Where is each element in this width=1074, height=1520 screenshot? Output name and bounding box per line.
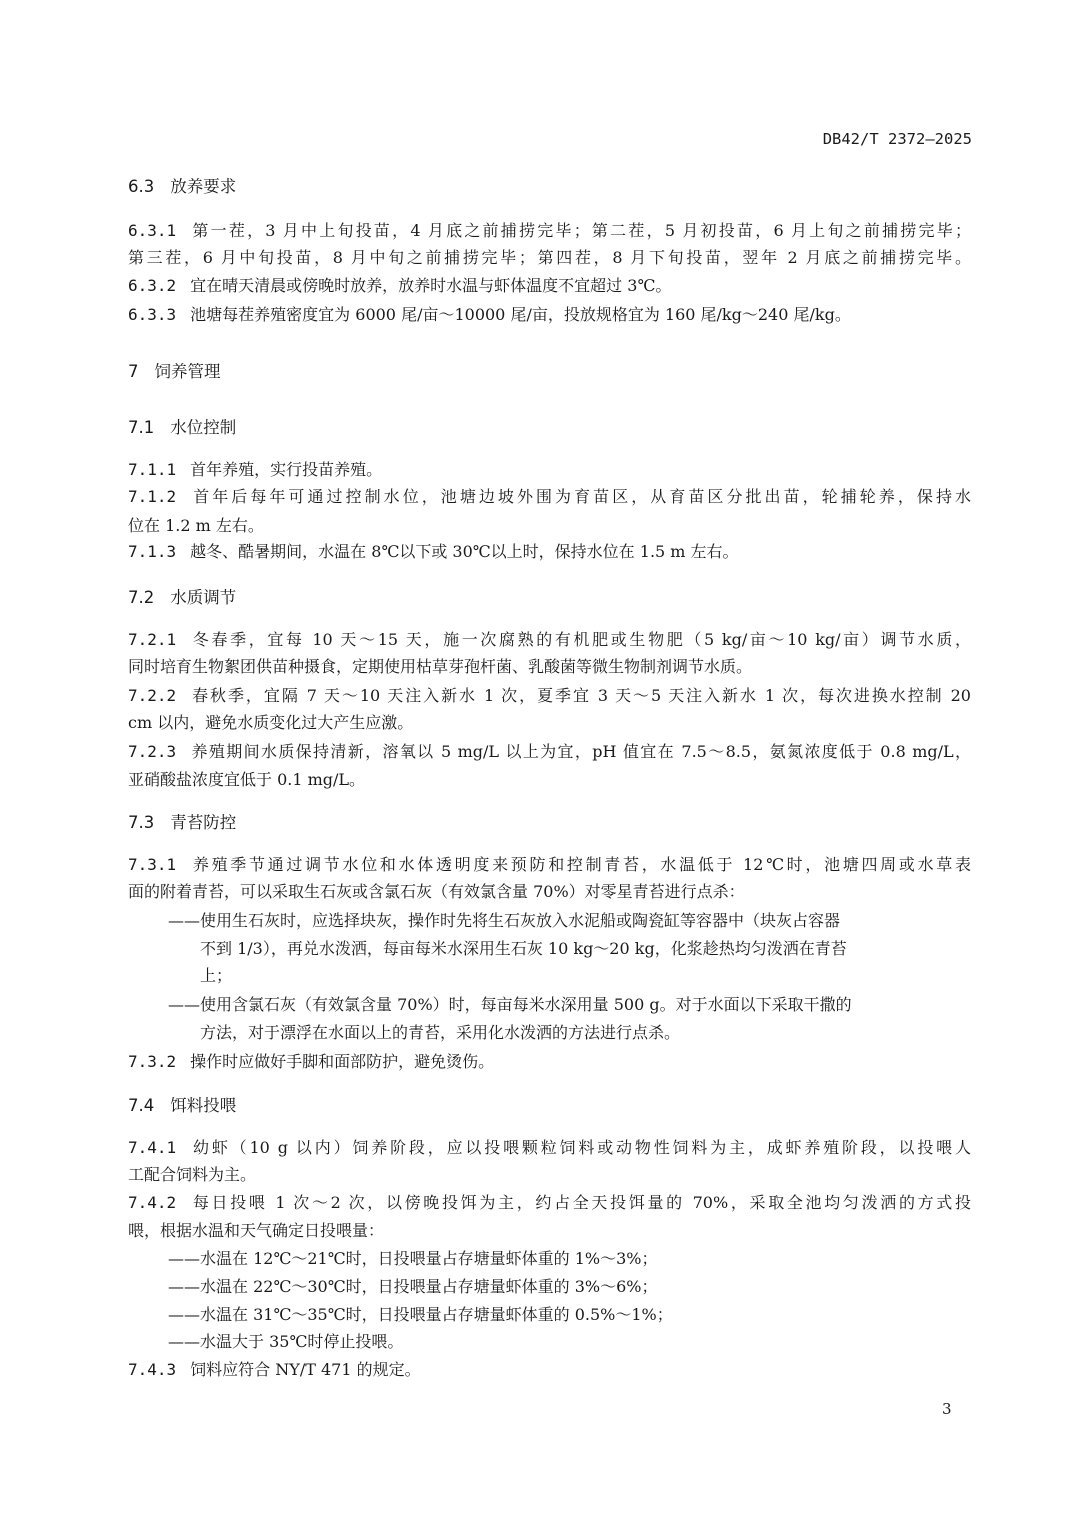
clause-text-cont: 亚硝酸盐浓度宜低于 0.1 mg/L。 [128,770,365,790]
clause-number: 7.1.1 [128,460,176,479]
clause-number: 7.3.1 [128,855,176,874]
bullet-item-cont: 不到 1/3），再兑水泼洒，每亩每米水深用生石灰 10 kg～20 kg，化浆趁… [200,939,847,959]
clause-number: 7.2.2 [128,686,176,705]
clause-text-cont: 位在 1.2 m 左右。 [128,516,264,536]
document-id: DB42/T 2372—2025 [823,130,972,148]
clause-6-3-3: 6.3.3池塘每茬养殖密度宜为 6000 尾/亩～10000 尾/亩，投放规格宜… [128,305,851,325]
clause-7-4-1: 7.4.1幼虾（10 g 以内）饲养阶段，应以投喂颗粒饲料或动物性饲料为主，成虾… [128,1138,971,1158]
section-number: 7.2 [128,588,154,607]
clause-6-3-1: 6.3.1第一茬，3 月中上旬投苗，4 月底之前捕捞完毕；第二茬，5 月初投苗，… [128,221,971,241]
clause-7-1-1: 7.1.1首年养殖，实行投苗养殖。 [128,460,382,480]
document-page: DB42/T 2372—2025 6.3放养要求 6.3.1第一茬，3 月中上旬… [0,0,1074,1520]
clause-text: 饲料应符合 NY/T 471 的规定。 [190,1360,420,1379]
clause-text-cont: 面的附着青苔，可以采取生石灰或含氯石灰（有效氯含量 70%）对零星青苔进行点杀： [128,882,745,902]
clause-number: 7.4.3 [128,1360,176,1379]
section-heading-7-3: 7.3青苔防控 [128,813,236,833]
bullet-item: ——使用含氯石灰（有效氯含量 70%）时，每亩每米水深用量 500 g。对于水面… [168,995,852,1015]
chapter-number: 7 [128,362,139,381]
clause-text-cont: 喂，根据水温和天气确定日投喂量： [128,1221,384,1241]
clause-text: 春秋季，宜隔 7 天～10 天注入新水 1 次，夏季宜 3 天～5 天注入新水 … [190,686,971,705]
clause-7-2-3: 7.2.3养殖期间水质保持清新，溶氧以 5 mg/L 以上为宜，pH 值宜在 7… [128,742,971,762]
section-title: 放养要求 [170,177,236,196]
chapter-title: 饲养管理 [155,362,221,381]
section-number: 7.4 [128,1096,154,1115]
page-number: 3 [942,1400,952,1418]
clause-number: 7.2.1 [128,630,176,649]
clause-6-3-2: 6.3.2宜在晴天清晨或傍晚时放养，放养时水温与虾体温度不宜超过 3℃。 [128,276,671,296]
clause-text: 第一茬，3 月中上旬投苗，4 月底之前捕捞完毕；第二茬，5 月初投苗，6 月上旬… [190,221,971,240]
chapter-heading-7: 7饲养管理 [128,362,221,382]
clause-number: 7.4.2 [128,1193,176,1212]
bullet-item: ——水温大于 35℃时停止投喂。 [168,1332,403,1352]
clause-number: 7.1.3 [128,542,176,561]
clause-text: 首年后每年可通过控制水位，池塘边坡外围为育苗区，从育苗区分批出苗，轮捕轮养，保持… [190,487,971,506]
bullet-item-cont: 方法，对于漂浮在水面以上的青苔，采用化水泼洒的方法进行点杀。 [200,1023,680,1043]
clause-number: 7.4.1 [128,1138,176,1157]
clause-7-3-2: 7.3.2操作时应做好手脚和面部防护，避免烫伤。 [128,1052,494,1072]
clause-text: 越冬、酷暑期间，水温在 8℃以下或 30℃以上时，保持水位在 1.5 m 左右。 [190,542,738,561]
clause-7-2-2: 7.2.2春秋季，宜隔 7 天～10 天注入新水 1 次，夏季宜 3 天～5 天… [128,686,971,706]
bullet-item-cont: 上； [200,966,232,986]
section-title: 青苔防控 [170,813,236,832]
clause-text: 操作时应做好手脚和面部防护，避免烫伤。 [190,1052,494,1071]
clause-number: 6.3.1 [128,221,176,240]
clause-number: 6.3.3 [128,305,176,324]
bullet-item: ——水温在 31℃～35℃时，日投喂量占存塘量虾体重的 0.5%～1%； [168,1305,673,1325]
section-heading-7-1: 7.1水位控制 [128,418,236,438]
clause-text: 每日投喂 1 次～2 次，以傍晚投饵为主，约占全天投饵量的 70%，采取全池均匀… [190,1193,971,1212]
clause-7-2-1: 7.2.1冬春季，宜每 10 天～15 天，施一次腐熟的有机肥或生物肥（5 kg… [128,630,971,650]
clause-7-4-3: 7.4.3饲料应符合 NY/T 471 的规定。 [128,1360,421,1380]
section-title: 饵料投喂 [170,1096,236,1115]
section-heading-7-4: 7.4饵料投喂 [128,1096,236,1116]
bullet-item: ——水温在 22℃～30℃时，日投喂量占存塘量虾体重的 3%～6%； [168,1277,657,1297]
bullet-item: ——水温在 12℃～21℃时，日投喂量占存塘量虾体重的 1%～3%； [168,1249,657,1269]
clause-text-cont: cm 以内，避免水质变化过大产生应激。 [128,713,413,733]
section-heading-6-3: 6.3放养要求 [128,177,236,197]
section-number: 7.3 [128,813,154,832]
clause-number: 7.2.3 [128,742,176,761]
clause-text: 首年养殖，实行投苗养殖。 [190,460,382,479]
section-number: 7.1 [128,418,154,437]
clause-text-cont: 工配合饲料为主。 [128,1165,256,1185]
clause-number: 7.1.2 [128,487,176,506]
section-heading-7-2: 7.2水质调节 [128,588,236,608]
clause-7-3-1: 7.3.1养殖季节通过调节水位和水体透明度来预防和控制青苔，水温低于 12℃时，… [128,855,971,875]
clause-7-1-3: 7.1.3越冬、酷暑期间，水温在 8℃以下或 30℃以上时，保持水位在 1.5 … [128,542,739,562]
clause-text: 宜在晴天清晨或傍晚时放养，放养时水温与虾体温度不宜超过 3℃。 [190,276,671,295]
clause-text-cont: 第三茬，6 月中旬投苗，8 月中旬之前捕捞完毕；第四茬，8 月下旬投苗，翌年 2… [128,248,971,268]
section-title: 水质调节 [170,588,236,607]
clause-text: 池塘每茬养殖密度宜为 6000 尾/亩～10000 尾/亩，投放规格宜为 160… [190,305,851,324]
section-title: 水位控制 [170,418,236,437]
clause-number: 7.3.2 [128,1052,176,1071]
bullet-item: ——使用生石灰时，应选择块灰，操作时先将生石灰放入水泥船或陶瓷缸等容器中（块灰占… [168,911,840,931]
clause-text: 养殖期间水质保持清新，溶氧以 5 mg/L 以上为宜，pH 值宜在 7.5～8.… [190,742,971,761]
clause-text: 养殖季节通过调节水位和水体透明度来预防和控制青苔，水温低于 12℃时，池塘四周或… [190,855,971,874]
clause-text-cont: 同时培育生物絮团供苗种摄食，定期使用枯草芽孢杆菌、乳酸菌等微生物制剂调节水质。 [128,657,752,677]
section-number: 6.3 [128,177,154,196]
clause-number: 6.3.2 [128,276,176,295]
clause-text: 幼虾（10 g 以内）饲养阶段，应以投喂颗粒饲料或动物性饲料为主，成虾养殖阶段，… [190,1138,971,1157]
clause-text: 冬春季，宜每 10 天～15 天，施一次腐熟的有机肥或生物肥（5 kg/亩～10… [190,630,971,649]
clause-7-4-2: 7.4.2每日投喂 1 次～2 次，以傍晚投饵为主，约占全天投饵量的 70%，采… [128,1193,971,1213]
clause-7-1-2: 7.1.2首年后每年可通过控制水位，池塘边坡外围为育苗区，从育苗区分批出苗，轮捕… [128,487,971,507]
